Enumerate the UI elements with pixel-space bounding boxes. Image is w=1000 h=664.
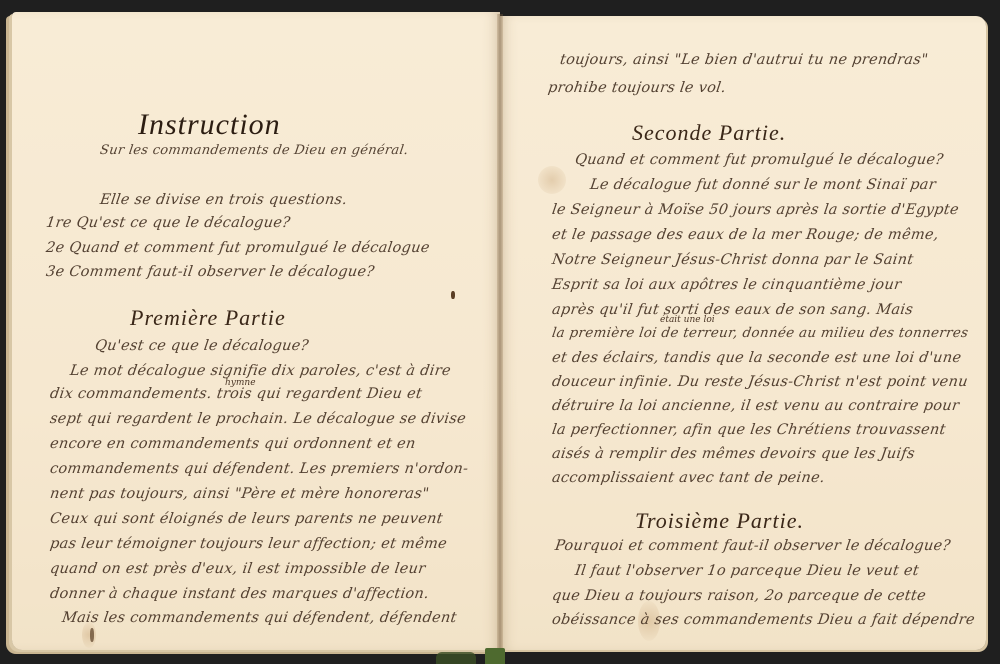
section-heading-troisieme-partie: Troisième Partie. <box>635 508 804 534</box>
book-gutter <box>497 14 503 652</box>
body-line: que Dieu a toujours raison, 2o parceque … <box>551 588 927 604</box>
body-line: obéissance à ses commandements Dieu a fa… <box>551 612 976 628</box>
ink-blot <box>451 291 455 299</box>
body-line: et le passage des eaux de la mer Rouge; … <box>551 227 940 243</box>
body-line: le Seigneur à Moïse 50 jours après la so… <box>551 202 960 218</box>
body-line: Esprit sa loi aux apôtres le cinquantièm… <box>551 277 902 293</box>
document-title: Instruction <box>138 108 281 142</box>
body-line: commandements qui défendent. Les premier… <box>49 461 469 477</box>
body-line: la perfectionner, afin que les Chrétiens… <box>551 422 947 438</box>
open-notebook: Instruction Sur les commandements de Die… <box>0 0 1000 664</box>
ink-blot <box>90 628 94 642</box>
intro-line: Elle se divise en trois questions. <box>99 192 348 208</box>
body-line: douceur infinie. Du reste Jésus-Christ n… <box>551 374 969 390</box>
body-line: accomplissaient avec tant de peine. <box>551 470 826 486</box>
body-line: la première loi de terreur, donnée au mi… <box>551 325 970 341</box>
section3-question: Pourquoi et comment faut-il observer le … <box>554 538 952 554</box>
question-2: 2e Quand et comment fut promulgué le déc… <box>45 240 431 256</box>
paper-stain <box>538 166 566 194</box>
body-line: encore en commandements qui ordonnent et… <box>49 436 417 452</box>
interlinear-note: était une loi <box>660 315 715 325</box>
body-line: dix commandements. trois qui regardent D… <box>49 386 423 402</box>
continuation-line: toujours, ainsi "Le bien d'autrui tu ne … <box>559 52 929 68</box>
body-line: après qu'il fut sorti des eaux de son sa… <box>551 302 914 318</box>
continuation-line: prohibe toujours le vol. <box>547 80 727 96</box>
body-line: pas leur témoigner toujours leur affecti… <box>49 536 448 552</box>
section-heading-seconde-partie: Seconde Partie. <box>632 120 786 146</box>
body-line: et des éclairs, tandis que la seconde es… <box>551 350 963 366</box>
body-line: sept qui regardent le prochain. Le décal… <box>49 411 467 427</box>
body-line: aisés à remplir des mêmes devoirs que le… <box>551 446 916 462</box>
body-line: détruire la loi ancienne, il est venu au… <box>551 398 960 414</box>
body-line: Mais les commandements qui défendent, dé… <box>61 610 458 626</box>
ribbon-bookmark-tail <box>436 652 476 664</box>
section2-question: Quand et comment fut promulgué le décalo… <box>574 152 945 168</box>
body-line: Ceux qui sont éloignés de leurs parents … <box>49 511 444 527</box>
body-line: nent pas toujours, ainsi "Père et mère h… <box>49 486 430 502</box>
section-heading-premiere-partie: Première Partie <box>130 305 286 331</box>
body-line: Notre Seigneur Jésus-Christ donna par le… <box>551 252 915 268</box>
body-line: donner à chaque instant des marques d'af… <box>49 586 430 602</box>
question-3: 3e Comment faut-il observer le décalogue… <box>45 264 376 280</box>
body-line: Il faut l'observer 1o parceque Dieu le v… <box>574 563 920 579</box>
section-question: Qu'est ce que le décalogue? <box>94 338 310 354</box>
body-line: quand on est près d'eux, il est impossib… <box>49 561 427 577</box>
body-line: Le mot décalogue signifie dix paroles, c… <box>69 363 452 379</box>
question-1: 1re Qu'est ce que le décalogue? <box>45 215 291 231</box>
body-line: Le décalogue fut donné sur le mont Sinaï… <box>589 177 937 193</box>
ribbon-bookmark <box>485 648 505 664</box>
document-subtitle: Sur les commandements de Dieu en général… <box>99 143 409 158</box>
